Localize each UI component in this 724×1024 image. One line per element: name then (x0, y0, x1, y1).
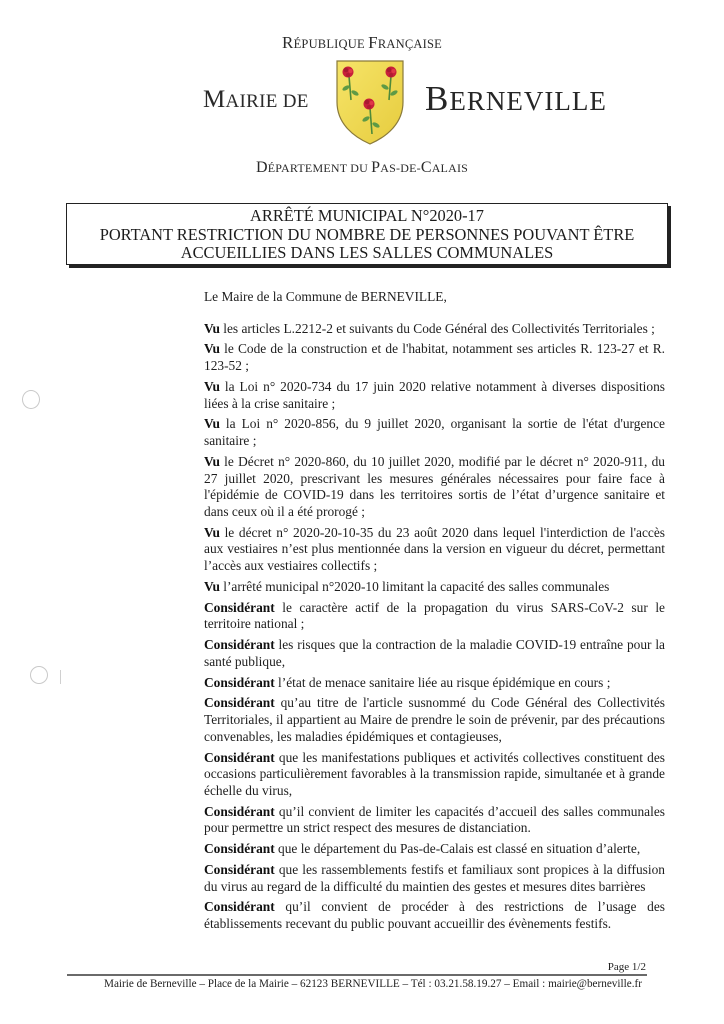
town-name: BERNEVILLE (425, 79, 607, 119)
punch-hole-mark (30, 666, 48, 684)
consideration-paragraph: Considérant l’état de menace sanitaire l… (204, 675, 665, 692)
recital-paragraph: Vu le Code de la construction et de l'ha… (204, 341, 665, 374)
consideration-paragraph: Considérant que le département du Pas-de… (204, 841, 665, 858)
recital-paragraph: Vu la Loi n° 2020-734 du 17 juin 2020 re… (204, 379, 665, 412)
department-heading: DÉPARTEMENT DU PAS-DE-CALAIS (0, 159, 724, 177)
recital-paragraph: Vu le décret n° 2020-20-10-35 du 23 août… (204, 525, 665, 575)
consideration-paragraph: Considérant le caractère actif de la pro… (204, 600, 665, 633)
consideration-paragraph: Considérant qu’il convient de limiter le… (204, 804, 665, 837)
decree-body: Le Maire de la Commune de BERNEVILLE, Vu… (204, 289, 665, 937)
consideration-paragraph: Considérant que les manifestations publi… (204, 750, 665, 800)
decree-subject-line2: ACCUEILLIES DANS LES SALLES COMMUNALES (67, 244, 667, 263)
decree-number: ARRÊTÉ MUNICIPAL N°2020-17 (67, 207, 667, 226)
consideration-paragraph: Considérant que les rassemblements festi… (204, 862, 665, 895)
footer-contact: Mairie de Berneville – Place de la Mairi… (104, 978, 642, 990)
consideration-paragraph: Considérant les risques que la contracti… (204, 637, 665, 670)
mairie-de-label: MAIRIE DE (203, 86, 309, 114)
recital-paragraph: Vu la Loi n° 2020-856, du 9 juillet 2020… (204, 416, 665, 449)
decree-title-box: ARRÊTÉ MUNICIPAL N°2020-17 PORTANT RESTR… (66, 203, 668, 265)
consideration-paragraph: Considérant qu’il convient de procéder à… (204, 899, 665, 932)
recital-paragraph: Vu l’arrêté municipal n°2020-10 limitant… (204, 579, 665, 596)
intro-line: Le Maire de la Commune de BERNEVILLE, (204, 289, 665, 306)
document-page: RÉPUBLIQUE FRANÇAISE MAIRIE DE (0, 0, 724, 1024)
coat-of-arms-icon (334, 58, 406, 146)
footer-divider (67, 974, 647, 976)
decree-subject-line1: PORTANT RESTRICTION DU NOMBRE DE PERSONN… (67, 226, 667, 245)
recital-paragraph: Vu le Décret n° 2020-860, du 10 juillet … (204, 454, 665, 520)
page-number: Page 1/2 (608, 961, 646, 973)
consideration-paragraph: Considérant qu’au titre de l'article sus… (204, 695, 665, 745)
republic-heading: RÉPUBLIQUE FRANÇAISE (0, 33, 724, 53)
punch-hole-mark (22, 390, 40, 409)
recital-paragraph: Vu les articles L.2212-2 et suivants du … (204, 321, 665, 338)
scan-mark (60, 670, 61, 684)
